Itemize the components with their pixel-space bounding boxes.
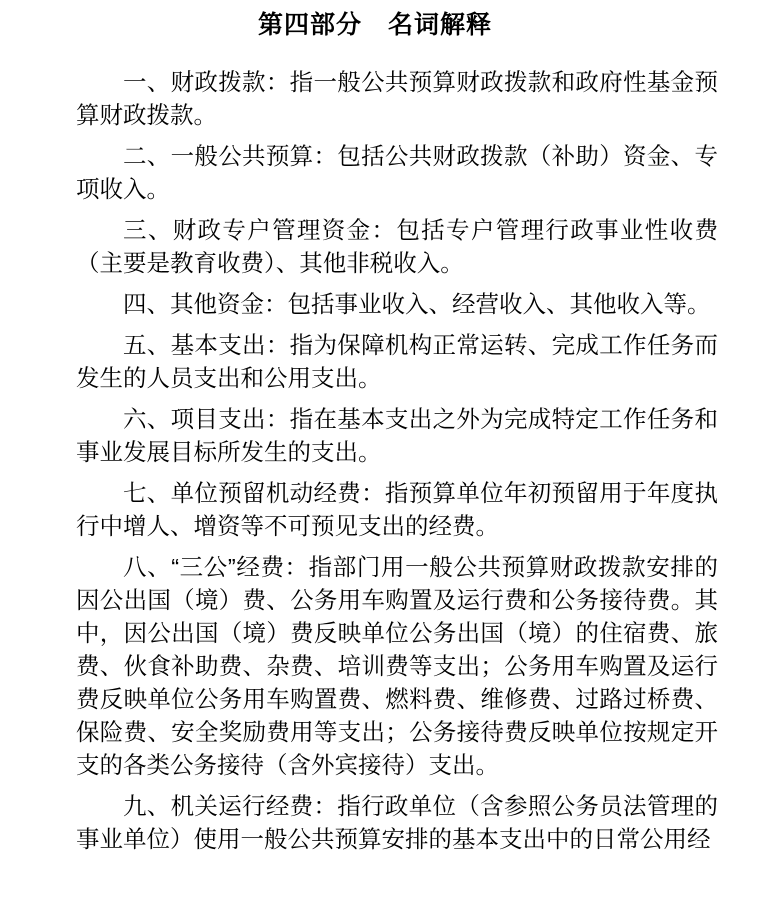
page-title: 第四部分 名词解释 <box>32 10 718 40</box>
paragraph-term-2: 二、一般公共预算：包括公共财政拨款（补助）资金、专项收入。 <box>76 140 718 206</box>
paragraph-term-8: 八、“三公”经费：指部门用一般公共预算财政拨款安排的因公出国（境）费、公务用车购… <box>76 551 718 782</box>
paragraph-term-6: 六、项目支出：指在基本支出之外为完成特定工作任务和事业发展目标所发生的支出。 <box>76 403 718 469</box>
paragraph-term-4: 四、其他资金：包括事业收入、经营收入、其他收入等。 <box>76 288 718 321</box>
document-page: 第四部分 名词解释 一、财政拨款：指一般公共预算财政拨款和政府性基金预算财政拨款… <box>0 0 766 906</box>
paragraph-term-3: 三、财政专户管理资金：包括专户管理行政事业性收费（主要是教育收费）、其他非税收入… <box>76 214 718 280</box>
paragraph-term-1: 一、财政拨款：指一般公共预算财政拨款和政府性基金预算财政拨款。 <box>76 66 718 132</box>
paragraph-term-5: 五、基本支出：指为保障机构正常运转、完成工作任务而发生的人员支出和公用支出。 <box>76 329 718 395</box>
paragraph-term-9: 九、机关运行经费：指行政单位（含参照公务员法管理的事业单位）使用一般公共预算安排… <box>76 790 718 856</box>
paragraph-term-7: 七、单位预留机动经费：指预算单位年初预留用于年度执行中增人、增资等不可预见支出的… <box>76 477 718 543</box>
document-body: 一、财政拨款：指一般公共预算财政拨款和政府性基金预算财政拨款。 二、一般公共预算… <box>76 66 718 856</box>
